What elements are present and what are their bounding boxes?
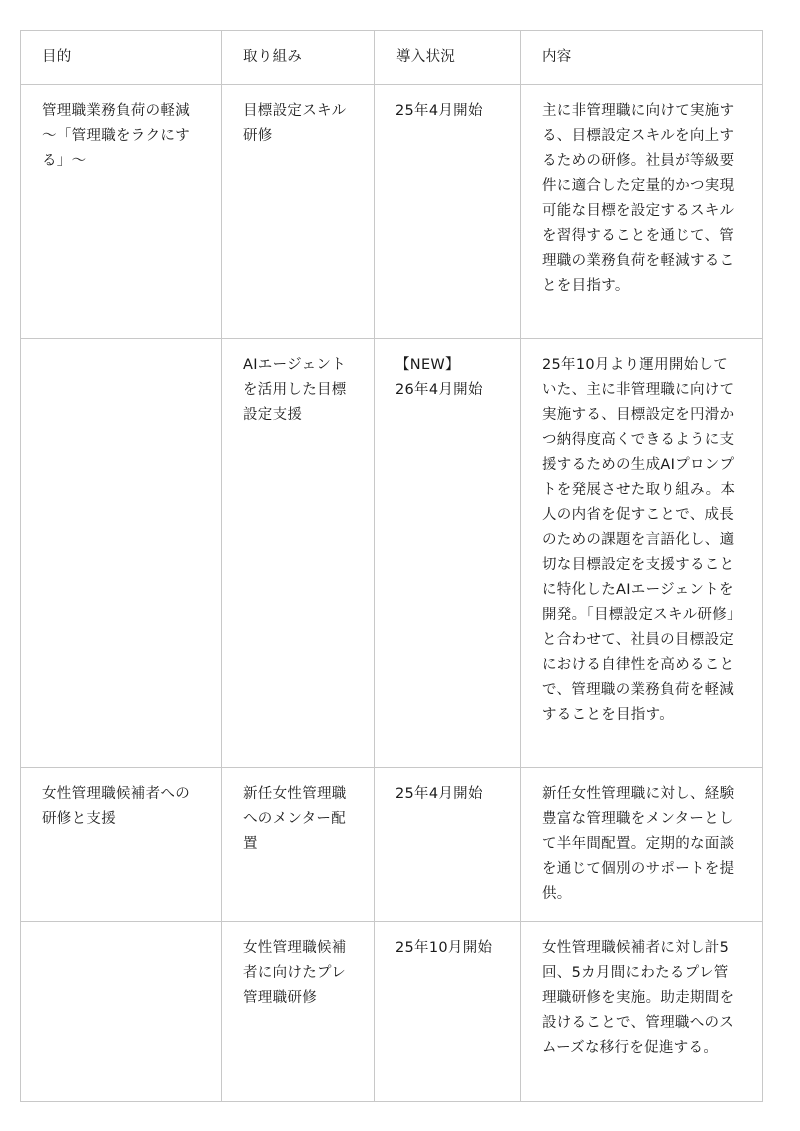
header-initiative: 取り組み bbox=[222, 31, 375, 85]
table-row: 女性管理職候補者に向けたプレ管理職研修 25年10月開始 女性管理職候補者に対し… bbox=[21, 922, 763, 1102]
status-text: 25年10月開始 bbox=[395, 936, 500, 961]
cell-content: 新任女性管理職に対し、経験豊富な管理職をメンターとして半年間配置。定期的な面談を… bbox=[521, 768, 763, 922]
cell-initiative: 女性管理職候補者に向けたプレ管理職研修 bbox=[222, 922, 375, 1102]
cell-purpose: 管理職業務負荷の軽減～「管理職をラクにする」～ bbox=[21, 85, 222, 339]
status-text: 26年4月開始 bbox=[395, 378, 500, 403]
table-row: AIエージェントを活用した目標設定支援 【NEW】 26年4月開始 25年10月… bbox=[21, 339, 763, 768]
header-content: 内容 bbox=[521, 31, 763, 85]
cell-content: 25年10月より運用開始していた、主に非管理職に向けて実施する、目標設定を円滑か… bbox=[521, 339, 763, 768]
status-text: 25年4月開始 bbox=[395, 99, 500, 124]
cell-status: 25年4月開始 bbox=[375, 768, 521, 922]
header-status: 導入状況 bbox=[375, 31, 521, 85]
new-badge: 【NEW】 bbox=[395, 353, 500, 378]
table-header-row: 目的 取り組み 導入状況 内容 bbox=[21, 31, 763, 85]
header-purpose: 目的 bbox=[21, 31, 222, 85]
cell-status: 25年10月開始 bbox=[375, 922, 521, 1102]
cell-initiative: AIエージェントを活用した目標設定支援 bbox=[222, 339, 375, 768]
status-text: 25年4月開始 bbox=[395, 782, 500, 807]
cell-initiative: 目標設定スキル研修 bbox=[222, 85, 375, 339]
cell-status: 【NEW】 26年4月開始 bbox=[375, 339, 521, 768]
cell-purpose: 女性管理職候補者への研修と支援 bbox=[21, 768, 222, 922]
table-row: 女性管理職候補者への研修と支援 新任女性管理職へのメンター配置 25年4月開始 … bbox=[21, 768, 763, 922]
cell-initiative: 新任女性管理職へのメンター配置 bbox=[222, 768, 375, 922]
cell-content: 女性管理職候補者に対し計5回、5カ月間にわたるプレ管理職研修を実施。助走期間を設… bbox=[521, 922, 763, 1102]
cell-purpose bbox=[21, 339, 222, 768]
table-row: 管理職業務負荷の軽減～「管理職をラクにする」～ 目標設定スキル研修 25年4月開… bbox=[21, 85, 763, 339]
cell-status: 25年4月開始 bbox=[375, 85, 521, 339]
initiatives-table: 目的 取り組み 導入状況 内容 管理職業務負荷の軽減～「管理職をラクにする」～ … bbox=[20, 30, 763, 1102]
cell-content: 主に非管理職に向けて実施する、目標設定スキルを向上するための研修。社員が等級要件… bbox=[521, 85, 763, 339]
cell-purpose bbox=[21, 922, 222, 1102]
